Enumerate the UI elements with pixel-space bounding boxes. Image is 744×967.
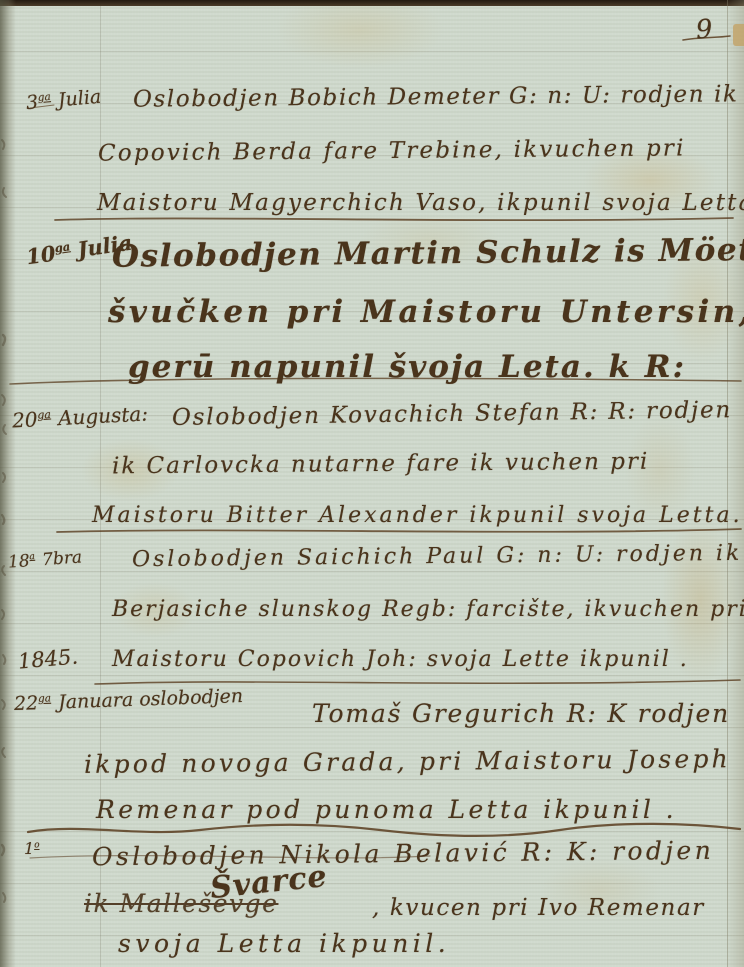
entry-date: 18a7bra [7,548,82,572]
entry-date: 10gaJulia [25,235,105,269]
entry-date: 3gaJulia [25,87,102,114]
entry-line: ikpod novoga Grada, pri Maistoru Joseph [84,745,731,778]
entry-line: Tomaš Gregurich R: K rodjen [312,700,730,728]
date-month: Julia [57,86,102,112]
entry-line: Maistoru Magyerchich Vaso, ikpunil svoja… [97,191,744,216]
date-day: 22 [14,692,39,715]
entry-line: Oslobodjen Kovachich Stefan R: R: rodjen [172,398,732,431]
page-edge-crease [727,0,728,967]
entry-line: , kvucen pri Ivo Remenar [372,896,705,921]
date-day: 10 [25,240,57,269]
underlying-page-sliver [733,24,744,46]
entry-line: Oslobodjen Bobich Demeter G: n: U: rodje… [133,82,739,113]
entry-line: Copovich Berda fare Trebine, ikvuchen pr… [98,136,686,166]
entry-line: Oslobodjen Saichich Paul G: n: U: rodjen… [132,542,743,573]
entry-date: 22gaJanuara oslobodjen [14,686,244,715]
date-ordinal: ga [54,239,71,255]
date-day: 1 [24,839,34,858]
entry-line: Oslobodjen Martin Schulz is Möetlike [112,232,744,274]
date-month: Januara oslobodjen [58,685,244,713]
entry-line: Berjasiche slunskog Regb: farcište, ikvu… [112,598,744,622]
date-ordinal: ga [37,408,51,422]
entry-line: Remenar pod punoma Letta ikpunil . [96,796,677,824]
manuscript-page: 9 3gaJulia Oslobodjen Bobich Demeter G: … [0,0,744,967]
entry-date: 20gaAugusta: [12,402,149,431]
page-left-edge [0,0,16,967]
date-month: 7bra [42,547,83,570]
entry-line: Oslobodjen Nikola Belavić R: K: rodjen [92,837,714,871]
entry-line: Maistoru Bitter Alexander ikpunil svoja … [92,504,743,528]
entry-date: 1o [24,840,46,858]
page-top-edge [0,0,744,6]
page-number: 9 [695,15,714,45]
entry-line: ik Carlovcka nutarne fare ik vuchen pri [112,450,650,480]
date-ordinal: ga [38,692,51,704]
entry-line: gerū napunil švoja Leta. k R: [128,350,686,384]
entry-line: svoja Letta ikpunil. [118,930,450,958]
date-ordinal: ga [37,91,51,104]
entry-line: Maistoru Copovich Joh: svoja Lette ikpun… [112,648,689,672]
date-ordinal: o [34,841,39,851]
entry-year: 1845. [17,645,79,673]
date-month: Augusta: [57,401,148,430]
entry-line: švučken pri Maistoru Untersin, [108,295,744,329]
date-ordinal: a [29,551,35,562]
